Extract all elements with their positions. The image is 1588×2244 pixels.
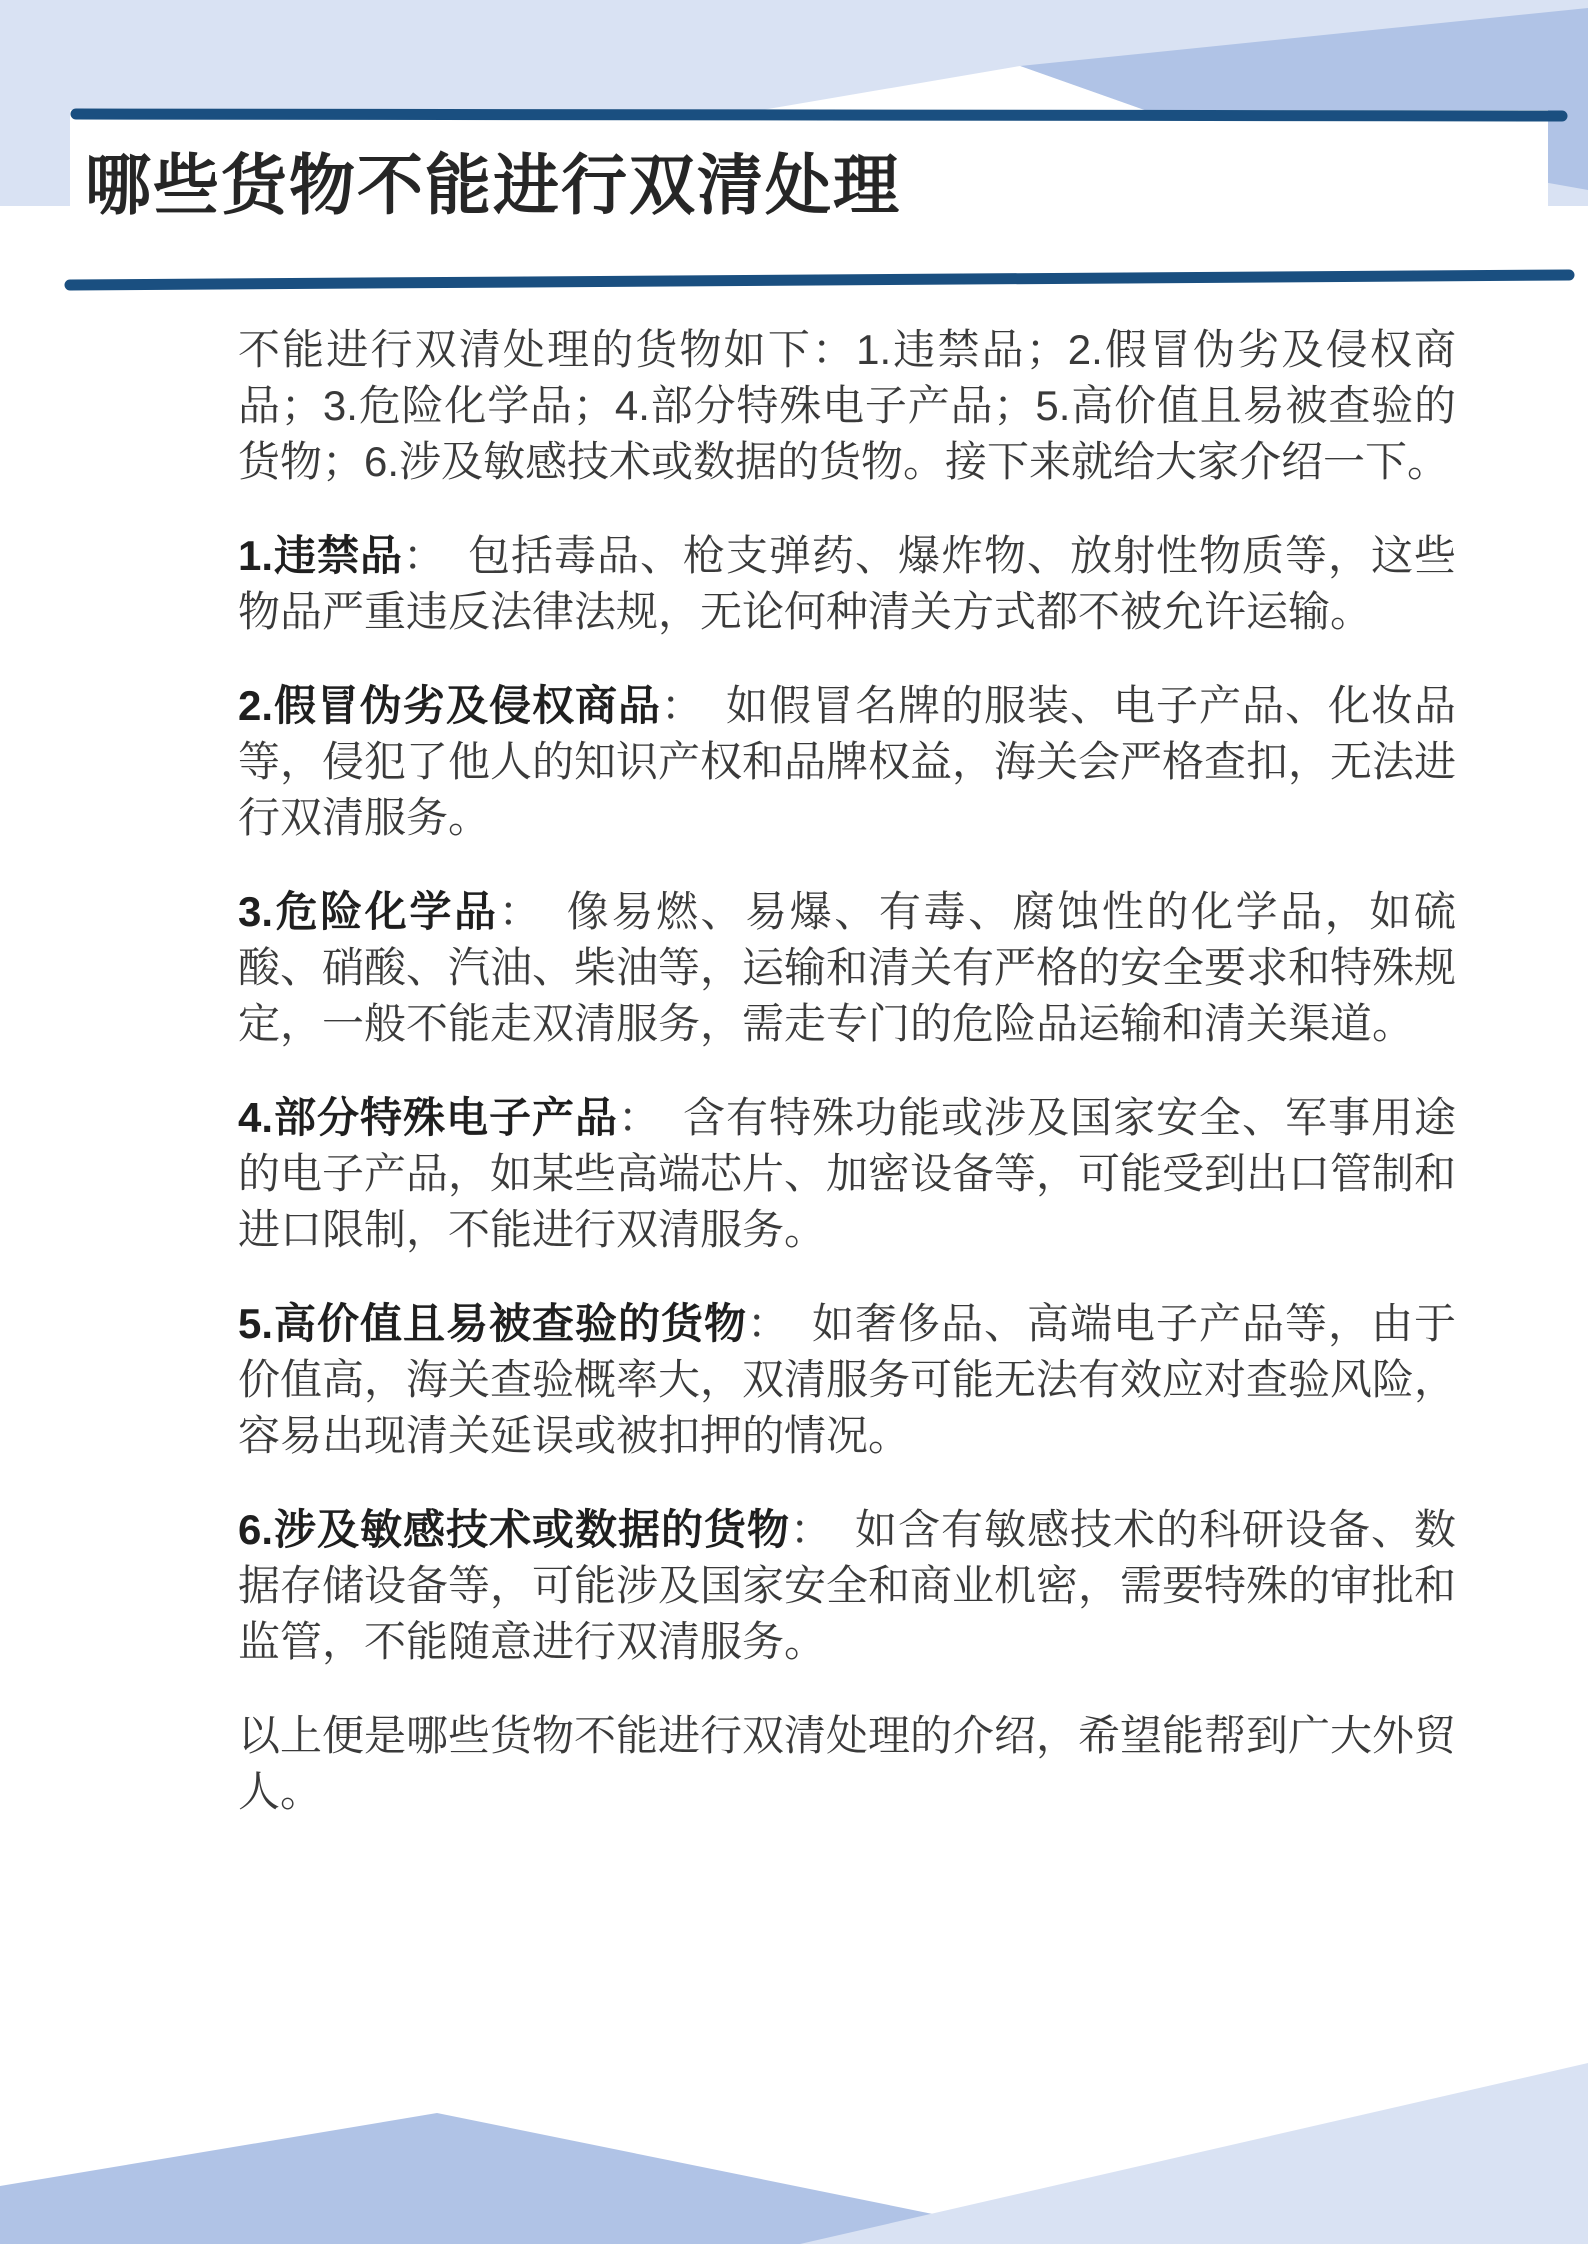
list-item-paragraph: 1.违禁品： 包括毒品、枪支弹药、爆炸物、放射性物质等，这些物品严重违反法律法规… [238,528,1456,640]
item-label: 5.高价值且易被查验的货物 [238,1300,747,1347]
article-body: 不能进行双清处理的货物如下：1.违禁品；2.假冒伪劣及侵权商品；3.危险化学品；… [238,322,1456,1820]
item-label: 3.危险化学品 [238,888,499,935]
item-label: 2.假冒伪劣及侵权商品 [238,682,661,729]
list-item-paragraph: 6.涉及敏感技术或数据的货物： 如含有敏感技术的科研设备、数据存储设备等，可能涉… [238,1502,1456,1670]
bottom-right-triangle [800,2063,1588,2244]
list-item-paragraph: 3.危险化学品： 像易燃、易爆、有毒、腐蚀性的化学品，如硫酸、硝酸、汽油、柴油等… [238,884,1456,1052]
title-rule-top [76,114,1562,116]
item-label: 6.涉及敏感技术或数据的货物 [238,1506,790,1553]
item-label: 1.违禁品 [238,532,403,579]
list-item-paragraph: 4.部分特殊电子产品： 含有特殊功能或涉及国家安全、军事用途的电子产品，如某些高… [238,1090,1456,1258]
list-item-paragraph: 2.假冒伪劣及侵权商品： 如假冒名牌的服装、电子产品、化妆品等，侵犯了他人的知识… [238,678,1456,846]
item-label: 4.部分特殊电子产品 [238,1094,618,1141]
intro-paragraph: 不能进行双清处理的货物如下：1.违禁品；2.假冒伪劣及侵权商品；3.危险化学品；… [238,322,1456,490]
item-text: ： 包括毒品、枪支弹药、爆炸物、放射性物质等，这些物品严重违反法律法规，无论何种… [238,532,1456,635]
page-title: 哪些货物不能进行双清处理 [85,148,901,224]
list-item-paragraph: 5.高价值且易被查验的货物： 如奢侈品、高端电子产品等，由于价值高，海关查验概率… [238,1296,1456,1464]
closing-paragraph: 以上便是哪些货物不能进行双清处理的介绍，希望能帮到广大外贸人。 [238,1708,1456,1820]
